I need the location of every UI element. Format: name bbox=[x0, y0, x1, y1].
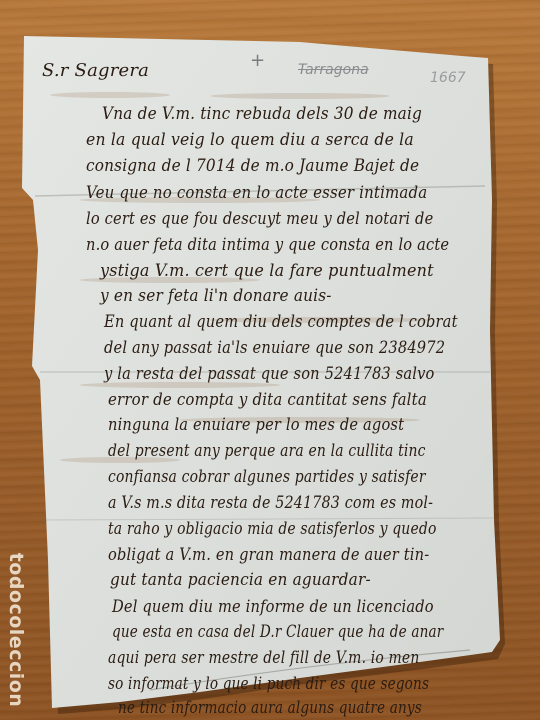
letter-line-17: ta raho y obligacio mia de satisferlos y… bbox=[108, 519, 437, 539]
letter-line-1: Vna de V.m. tinc rebuda dels 30 de maig bbox=[102, 104, 422, 124]
letter-line-4: Veu que no consta en lo acte esser intim… bbox=[86, 183, 427, 203]
letter-line-11: y la resta del passat que son 5241783 sa… bbox=[104, 364, 435, 384]
letter-line-6: n.o auer feta dita intima y que consta e… bbox=[86, 235, 449, 255]
pencil-reference-number: 1667 bbox=[430, 70, 466, 86]
letter-line-13: ninguna la enuiare per lo mes de agost bbox=[108, 415, 404, 435]
letter-line-15: confiansa cobrar algunes partides y sati… bbox=[108, 467, 426, 487]
letter-line-24: ne tinc informacio aura alguns quatre an… bbox=[118, 698, 422, 718]
watermark-text: todocoleccion bbox=[5, 553, 27, 708]
letter-line-12: error de compta y dita cantitat sens fal… bbox=[108, 390, 427, 410]
letter-line-16: a V.s m.s dita resta de 5241783 com es m… bbox=[108, 493, 433, 513]
letter-line-2: en la qual veig lo quem diu a serca de l… bbox=[86, 130, 414, 150]
letter-line-23: so informat y lo que li puch dir es que … bbox=[108, 674, 429, 694]
letter-line-9: En quant al quem diu dels comptes de l c… bbox=[104, 312, 458, 332]
letter-line-21: que esta en casa del D.r Clauer que ha d… bbox=[112, 622, 443, 642]
letter-line-14: del present any perque ara en la cullita… bbox=[108, 441, 426, 461]
letter-line-5: lo cert es que fou descuyt meu y del not… bbox=[86, 209, 433, 229]
letter-line-20: Del quem diu me informe de un licenciado bbox=[112, 597, 434, 617]
watermark: todocoleccion bbox=[4, 545, 28, 715]
letter-text: S.r Sagrera + Tarragona 1667 Vna de V.m.… bbox=[0, 0, 540, 720]
letter-line-7: ystiga V.m. cert que la fare puntualment bbox=[100, 261, 434, 281]
letter-line-22: aqui pera ser mestre del fill de V.m. io… bbox=[108, 648, 419, 668]
letter-line-3: consigna de l 7014 de m.o Jaume Bajet de bbox=[86, 156, 419, 176]
letter-line-18: obligat a V.m. en gran manera de auer ti… bbox=[108, 545, 429, 565]
letter-line-10: del any passat ia'ls enuiare que son 238… bbox=[104, 338, 445, 358]
pencil-cross-mark: + bbox=[250, 50, 265, 71]
pencil-crossed-name: Tarragona bbox=[298, 62, 369, 78]
letter-line-19: gut tanta paciencia en aguardar- bbox=[110, 570, 371, 590]
letter-line-8: y en ser feta li'n donare auis- bbox=[100, 286, 332, 306]
salutation: S.r Sagrera bbox=[42, 60, 149, 81]
